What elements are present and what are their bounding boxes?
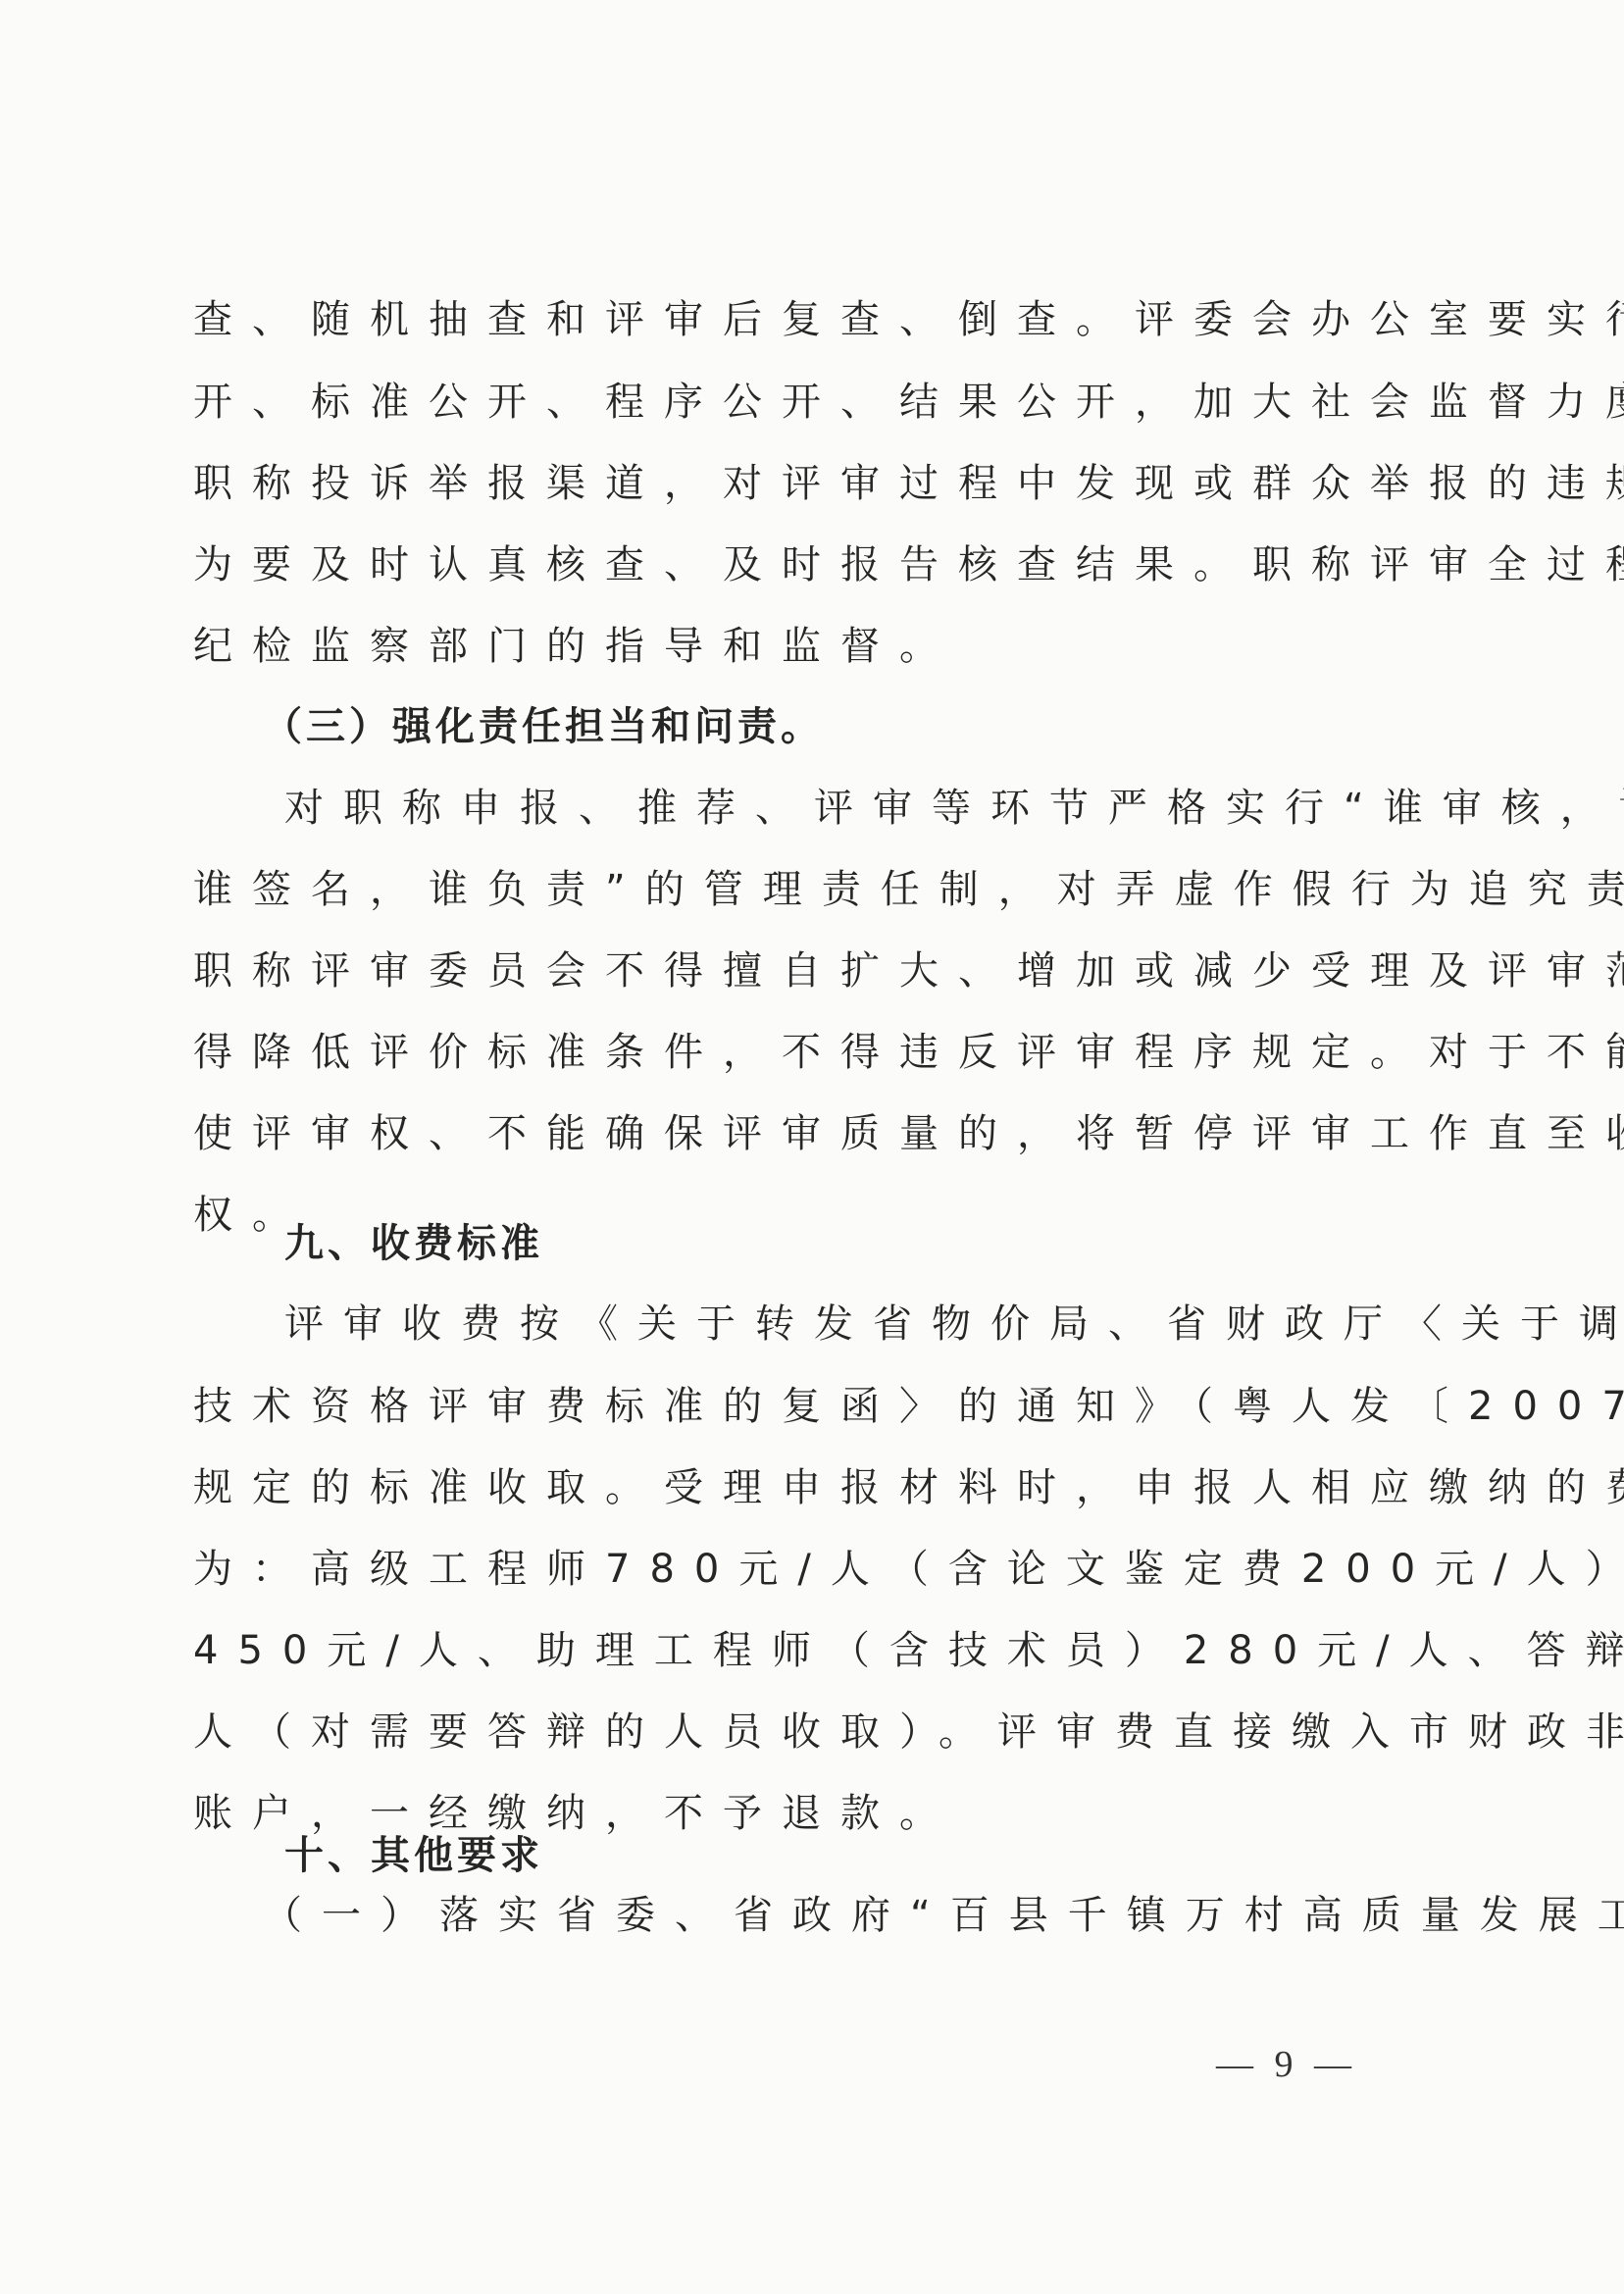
paragraph-line: 为：高级工程师780元/人（含论文鉴定费200元/人）、工程师 (193, 1546, 1396, 1593)
page-number: — 9 — (1216, 2043, 1357, 2086)
paragraph-line: 为要及时认真核查、及时报告核查结果。职称评审全过程要接受 (193, 541, 1396, 588)
paragraph-line: 人（对需要答辩的人员收取）。评审费直接缴入市财政非税专项 (193, 1708, 1396, 1756)
paragraph-line: （一）落实省委、省政府“百县千镇万村高质量发展工程” (263, 1892, 1396, 1939)
paragraph-line: 技术资格评审费标准的复函〉的通知》（粤人发〔2007〕35号） (193, 1383, 1396, 1430)
paragraph-line: 账户，一经缴纳，不予退款。 (193, 1790, 1396, 1837)
paragraph-line: 450元/人、助理工程师（含技术员）280元/人、答辩费140元/ (193, 1627, 1396, 1674)
paragraph-line: 纪检监察部门的指导和监督。 (193, 623, 1396, 670)
paragraph-line: 开、标准公开、程序公开、结果公开，加大社会监督力度，畅通 (193, 379, 1396, 426)
paragraph-line: 对职称申报、推荐、评审等环节严格实行“谁审核，谁签名； (284, 785, 1396, 832)
section-heading-accountability: （三）强化责任担当和问责。 (263, 703, 1374, 750)
paragraph-line: 评审收费按《关于转发省物价局、省财政厅〈关于调整专业 (284, 1300, 1396, 1348)
paragraph-line: 职称投诉举报渠道，对评审过程中发现或群众举报的违规违纪行 (193, 460, 1396, 507)
paragraph-line: 规定的标准收取。受理申报材料时，申报人相应缴纳的费用分别 (193, 1464, 1396, 1511)
section-heading-other-requirements: 十、其他要求 (284, 1832, 1396, 1879)
paragraph-line: 职称评审委员会不得擅自扩大、增加或减少受理及评审范围，不 (193, 947, 1396, 994)
paragraph-line: 使评审权、不能确保评审质量的，将暂停评审工作直至收回评审 (193, 1110, 1396, 1157)
paragraph-line: 查、随机抽查和评审后复查、倒查。评委会办公室要实行政策公 (193, 296, 1396, 343)
paragraph-line: 得降低评价标准条件，不得违反评审程序规定。对于不能正确行 (193, 1029, 1396, 1076)
document-page: 查、随机抽查和评审后复查、倒查。评委会办公室要实行政策公 开、标准公开、程序公开… (0, 0, 1624, 2294)
paragraph-line: 谁签名，谁负责”的管理责任制，对弄虚作假行为追究责任。各 (193, 866, 1396, 913)
section-heading-fees: 九、收费标准 (284, 1220, 1396, 1267)
